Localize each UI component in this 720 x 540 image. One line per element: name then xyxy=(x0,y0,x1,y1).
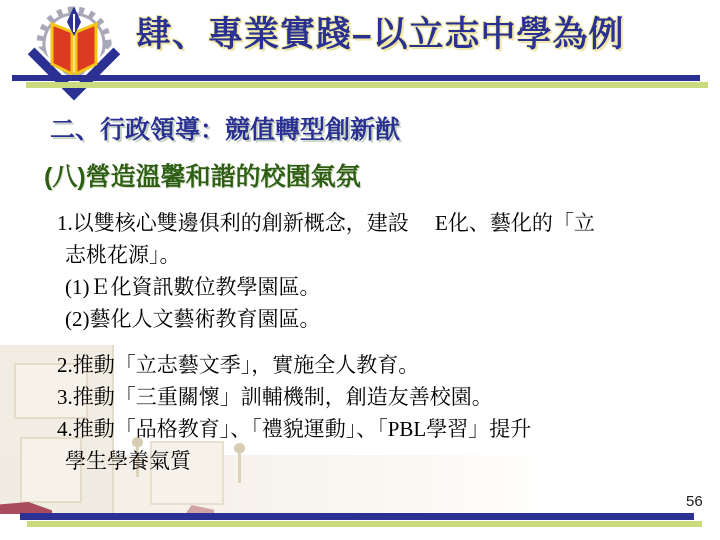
top-rule-green xyxy=(26,82,708,88)
presentation-slide: 肆、專業實踐–以立志中學為例 二、行政領導：競值轉型創新猷 (八)營造溫馨和諧的… xyxy=(0,0,720,540)
body-block-1: 1.以雙核心雙邊俱利的創新概念，建設 E化、藝化的「立 志桃花源」。 (1)Ｅ化… xyxy=(57,207,595,335)
body-block-2: 2.推動「立志藝文季」，實施全人教育。 3.推動「三重關懷」訓輔機制，創造友善校… xyxy=(57,349,531,477)
bottom-rule-navy xyxy=(20,513,694,520)
logo-book-right xyxy=(76,24,96,74)
body-line: 2.推動「立志藝文季」，實施全人教育。 xyxy=(57,349,531,381)
body-line: (1)Ｅ化資訊數位教學園區。 xyxy=(57,271,595,303)
bottom-rule-green xyxy=(27,521,702,527)
body-line: 1.以雙核心雙邊俱利的創新概念，建設 E化、藝化的「立 xyxy=(57,207,595,239)
logo-book-left xyxy=(52,24,72,74)
body-line: (2)藝化人文藝術教育園區。 xyxy=(57,303,595,335)
watermark-red-accent xyxy=(186,505,214,513)
body-line: 3.推動「三重關懷」訓輔機制，創造友善校園。 xyxy=(57,381,531,413)
body-line: 4.推動「品格教育」、「禮貌運動」、「PBL學習」提升 xyxy=(57,413,531,445)
page-number: 56 xyxy=(686,493,703,510)
section-heading: 二、行政領導：競值轉型創新猷 xyxy=(50,110,400,146)
page-title: 肆、專業實踐–以立志中學為例 xyxy=(136,14,696,56)
body-line: 志桃花源」。 xyxy=(57,239,595,271)
body-line: 學生學養氣質 xyxy=(57,445,531,477)
sub-section-heading: (八)營造溫馨和諧的校園氣氛 xyxy=(44,157,361,193)
top-rule-navy xyxy=(12,75,700,81)
